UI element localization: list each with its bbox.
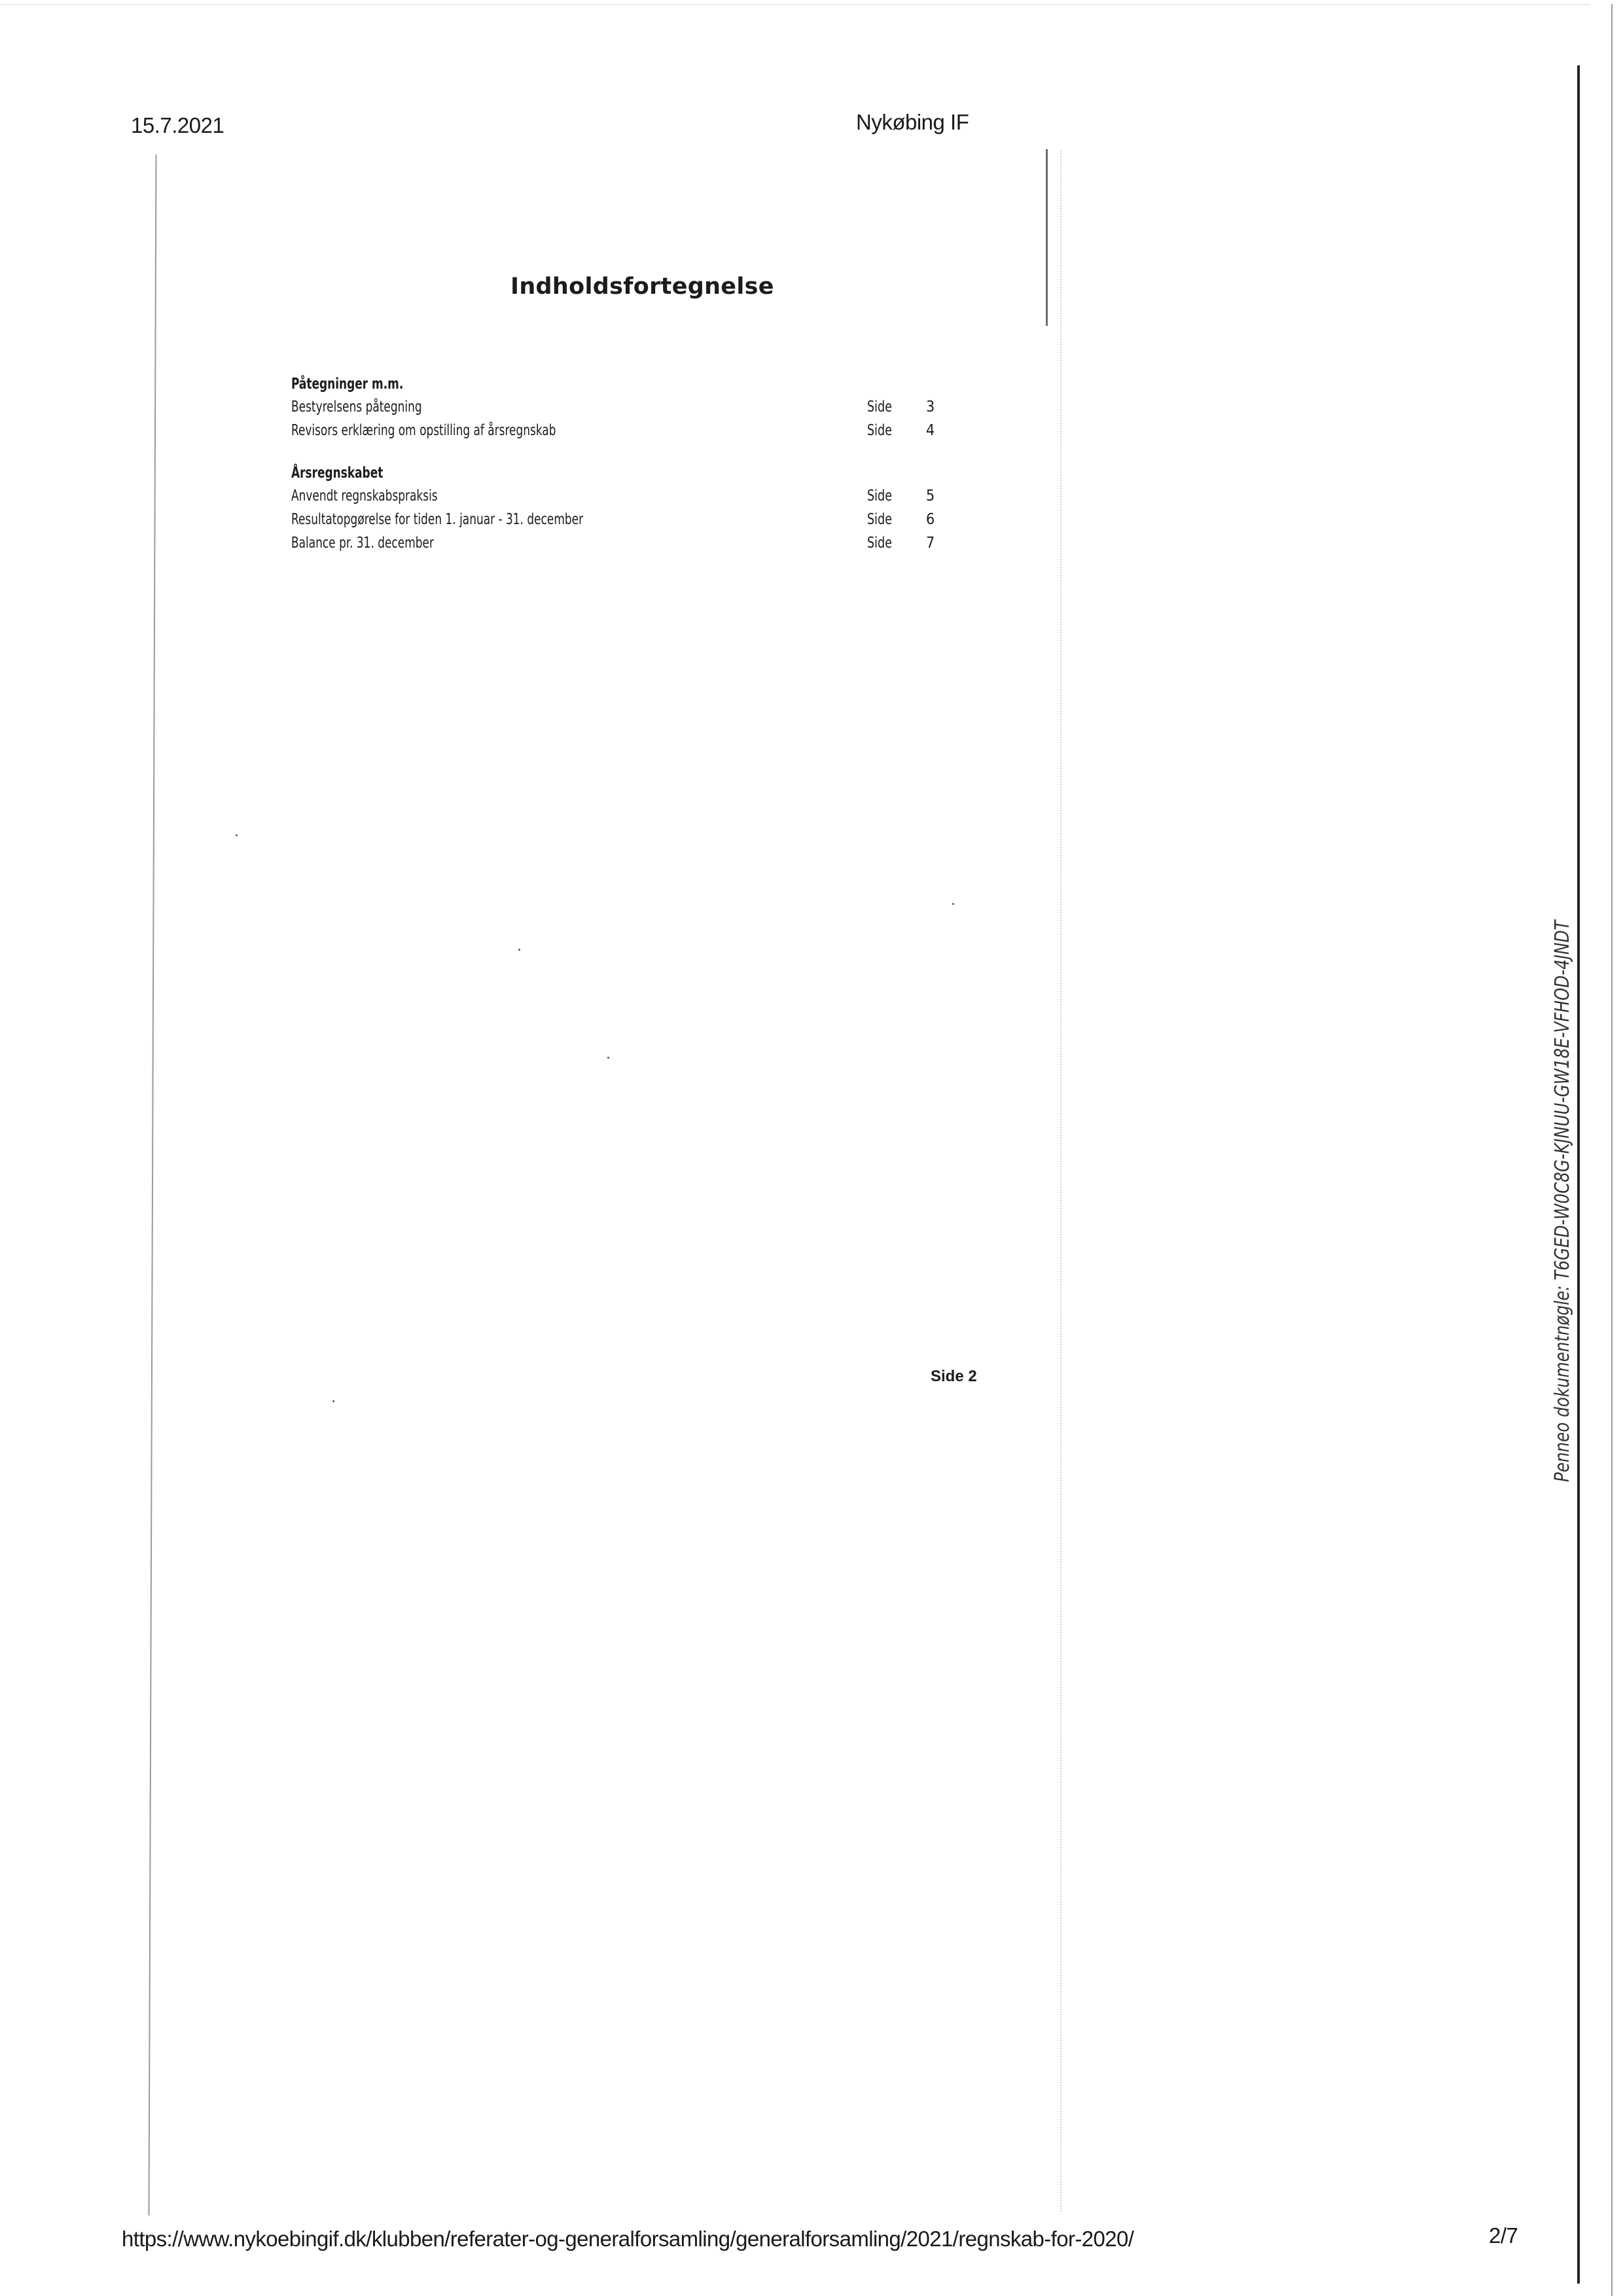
scan-speck [236,834,238,836]
scan-speck [952,903,954,905]
page-top-border [0,4,1590,5]
toc-entry: Bestyrelsens påtegning Side 3 [291,395,946,419]
toc-section-heading: Årsregnskabet [291,462,828,484]
toc-section-aarsregnskabet: Årsregnskabet Anvendt regnskabspraksis S… [291,462,946,555]
toc-entry-page: 3 [926,395,935,419]
toc-entry-label: Balance pr. 31. december [291,531,434,555]
toc-section-paategninger: Påtegninger m.m. Bestyrelsens påtegning … [291,373,946,442]
toc-entry-label: Bestyrelsens påtegning [291,395,422,419]
toc-entry-side-label: Side [867,508,892,531]
toc-entry-page: 7 [926,531,935,555]
scan-speck [332,1400,334,1402]
scan-edge-line-left [149,154,157,2216]
toc-entry-page: 5 [926,484,935,508]
document-page-number: Side 2 [931,1368,977,1386]
toc-entry-side-label: Side [867,395,892,419]
toc-entry-page: 4 [926,419,935,442]
scan-edge-line-faint [1060,150,1062,2212]
toc-entry-label: Anvendt regnskabspraksis [291,484,438,508]
toc-entry: Balance pr. 31. december Side 7 [291,531,946,555]
toc-entry: Resultatopgørelse for tiden 1. januar - … [291,508,946,531]
toc-entry-side-label: Side [867,531,892,555]
penneo-document-key: Penneo dokumentnøgle: T6GED-W0C8G-KJNUU-… [1551,921,1574,1482]
toc-entry: Revisors erklæring om opstilling af årsr… [291,419,946,442]
table-of-contents: Påtegninger m.m. Bestyrelsens påtegning … [291,373,946,574]
toc-entry-side-label: Side [867,484,892,508]
toc-entry: Anvendt regnskabspraksis Side 5 [291,484,946,508]
toc-entry-label: Revisors erklæring om opstilling af årsr… [291,419,556,442]
print-page-title: Nykøbing IF [856,110,969,135]
print-page-indicator: 2/7 [1489,2223,1518,2248]
page-border-right [1611,4,1613,2296]
toc-entry-side-label: Side [867,419,892,442]
scan-edge-line-right [1577,65,1580,2284]
scan-speck [607,1057,609,1059]
print-date: 15.7.2021 [131,113,224,138]
scan-edge-line-middle [1046,149,1048,326]
toc-entry-page: 6 [926,508,935,531]
print-source-url: https://www.nykoebingif.dk/klubben/refer… [122,2227,1133,2252]
scan-speck [518,949,520,951]
toc-entry-label: Resultatopgørelse for tiden 1. januar - … [291,508,583,531]
toc-section-heading: Påtegninger m.m. [291,373,828,395]
toc-title: Indholdsfortegnelse [510,274,774,300]
